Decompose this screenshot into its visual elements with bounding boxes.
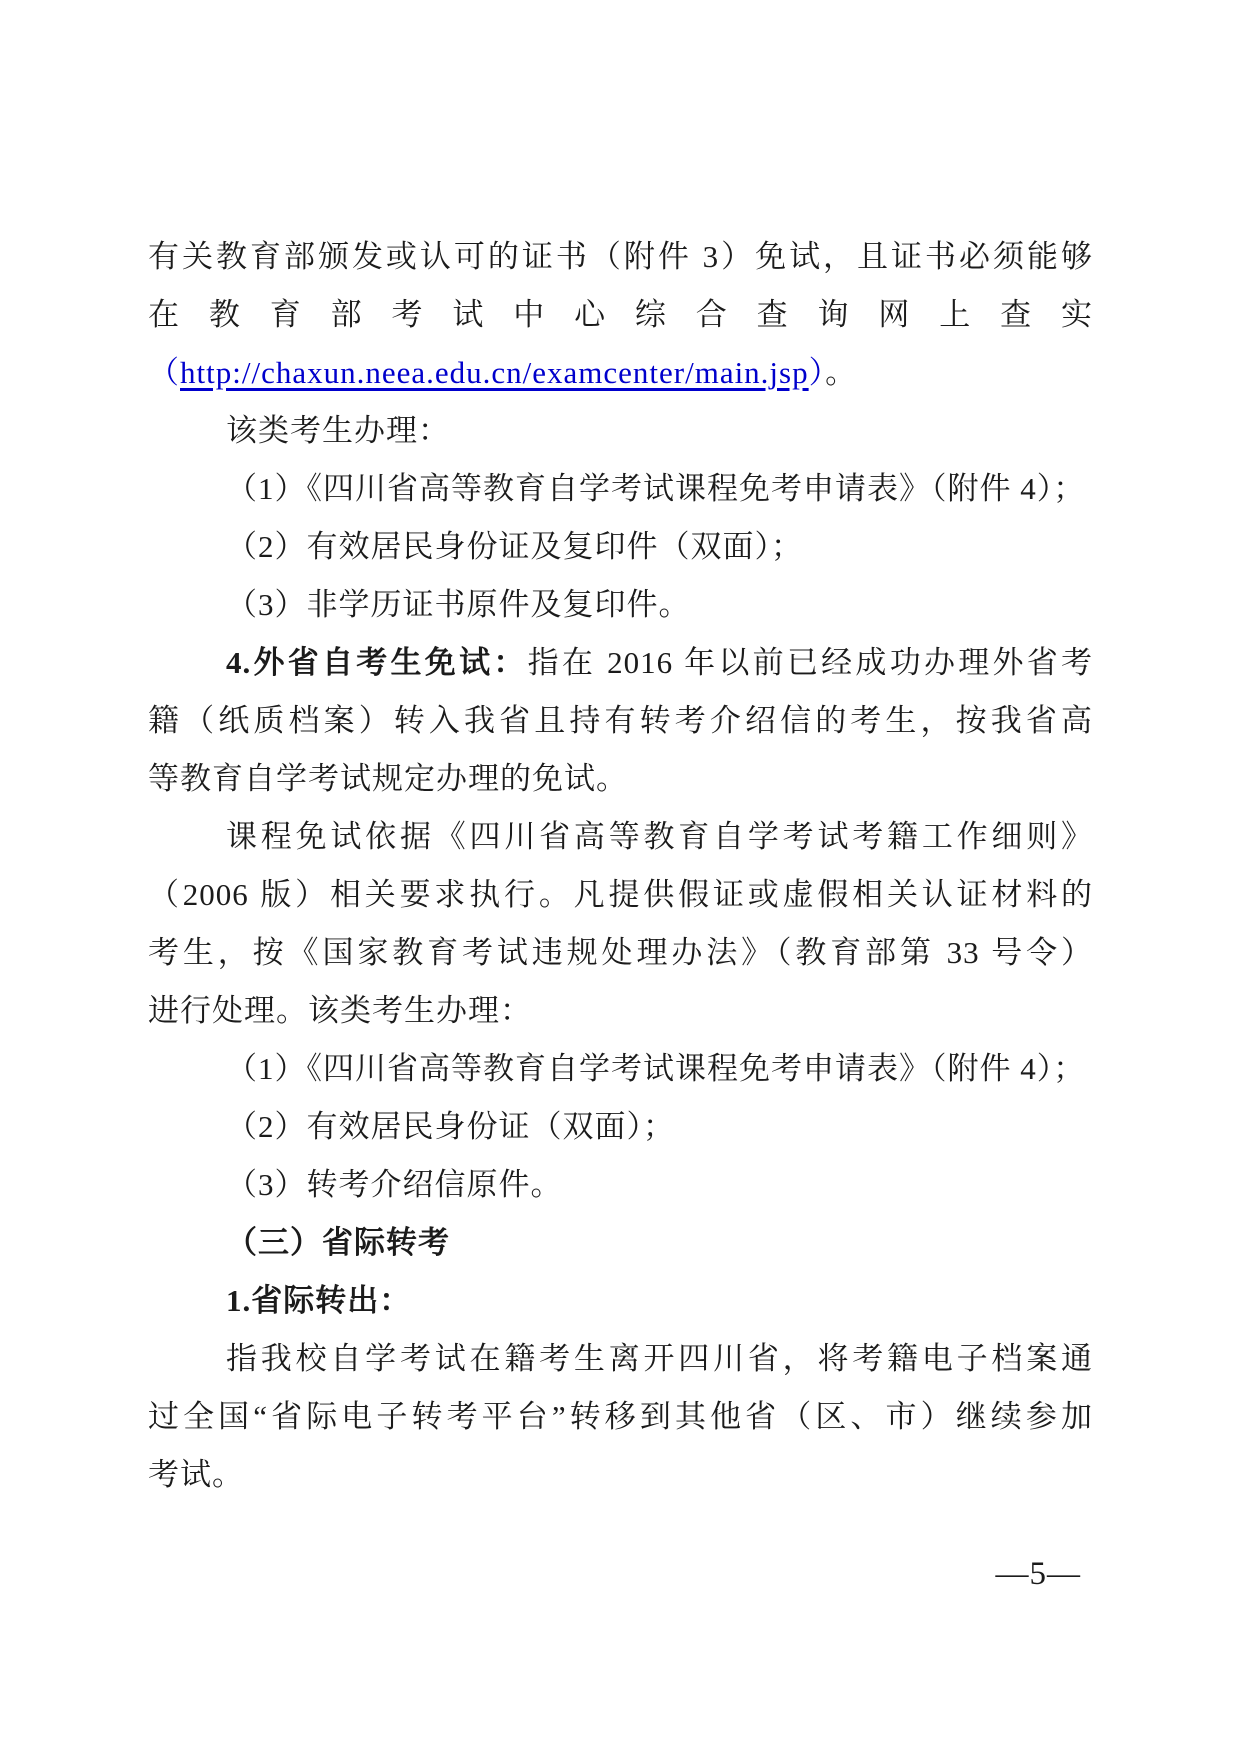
body-text: 课程免试依据《四川省高等教育自学考试考籍工作细则》: [226, 819, 1093, 854]
text-line: 该类考生办理：: [148, 402, 1093, 460]
text-line: （1）《四川省高等教育自学考试课程免考申请表》（附件 4）；: [148, 460, 1093, 518]
text-line: （3）转考介绍信原件。: [148, 1156, 1093, 1214]
document-page: 有关教育部颁发或认可的证书（附件 3）免试，且证书必须能够在教育部考试中心综合查…: [0, 0, 1241, 1754]
document-body: 有关教育部颁发或认可的证书（附件 3）免试，且证书必须能够在教育部考试中心综合查…: [148, 228, 1093, 1504]
text-line: （http://chaxun.neea.edu.cn/examcenter/ma…: [148, 344, 1093, 402]
body-text: 进行处理。该类考生办理：: [148, 993, 532, 1028]
text-line: （三）省际转考: [148, 1214, 1093, 1272]
body-text: 籍（纸质档案）转入我省且持有转考介绍信的考生，按我省高: [148, 703, 1093, 738]
bold-text: 4.外省自考生免试：: [226, 645, 528, 680]
body-text: （2）有效居民身份证（双面）；: [226, 1109, 675, 1144]
body-text: （1）《四川省高等教育自学考试课程免考申请表》（附件 4）；: [226, 1051, 1085, 1086]
body-text: 等教育自学考试规定办理的免试。: [148, 761, 628, 796]
text-line: （2）有效居民身份证（双面）；: [148, 1098, 1093, 1156]
text-line: （2006 版）相关要求执行。凡提供假证或虚假相关认证材料的: [148, 866, 1093, 924]
text-line: 等教育自学考试规定办理的免试。: [148, 750, 1093, 808]
body-text: 考试。: [148, 1457, 244, 1492]
bold-text: （三）省际转考: [226, 1225, 450, 1260]
body-text: 有关教育部颁发或认可的证书（附件 3）免试，且证书必须能够: [148, 239, 1093, 274]
text-line: 考生，按《国家教育考试违规处理办法》（教育部第 33 号令）: [148, 924, 1093, 982]
body-text: 该类考生办理：: [226, 413, 450, 448]
body-text: 过全国“省际电子转考平台”转移到其他省（区、市）继续参加: [148, 1399, 1093, 1434]
text-line: （2）有效居民身份证及复印件（双面）；: [148, 518, 1093, 576]
body-text: 考生，按《国家教育考试违规处理办法》（教育部第 33 号令）: [148, 935, 1093, 970]
text-line: 在教育部考试中心综合查询网上查实: [148, 286, 1093, 344]
body-text: 在教育部考试中心综合查询网上查实: [148, 297, 1093, 332]
text-line: 进行处理。该类考生办理：: [148, 982, 1093, 1040]
text-line: （3）非学历证书原件及复印件。: [148, 576, 1093, 634]
text-line: 4.外省自考生免试：指在 2016 年以前已经成功办理外省考: [148, 634, 1093, 692]
url-link[interactable]: http://chaxun.neea.edu.cn/examcenter/mai…: [180, 355, 809, 390]
body-text: （2006 版）相关要求执行。凡提供假证或虚假相关认证材料的: [148, 877, 1093, 912]
text-line: 考试。: [148, 1446, 1093, 1504]
body-text: 。: [825, 355, 857, 390]
body-text: （2）有效居民身份证及复印件（双面）；: [226, 529, 803, 564]
page-number: —5—: [996, 1556, 1082, 1593]
body-text: 指在 2016 年以前已经成功办理外省考: [528, 645, 1093, 680]
text-line: 过全国“省际电子转考平台”转移到其他省（区、市）继续参加: [148, 1388, 1093, 1446]
bold-text: 1.省际转出：: [226, 1283, 411, 1318]
body-text: （3）转考介绍信原件。: [226, 1167, 563, 1202]
text-line: 籍（纸质档案）转入我省且持有转考介绍信的考生，按我省高: [148, 692, 1093, 750]
body-text: （: [148, 355, 180, 390]
body-text: 指我校自学考试在籍考生离开四川省，将考籍电子档案通: [226, 1341, 1093, 1376]
body-text: ）: [809, 355, 826, 390]
text-line: 课程免试依据《四川省高等教育自学考试考籍工作细则》: [148, 808, 1093, 866]
text-line: 指我校自学考试在籍考生离开四川省，将考籍电子档案通: [148, 1330, 1093, 1388]
body-text: （1）《四川省高等教育自学考试课程免考申请表》（附件 4）；: [226, 471, 1085, 506]
text-line: 1.省际转出：: [148, 1272, 1093, 1330]
body-text: （3）非学历证书原件及复印件。: [226, 587, 691, 622]
text-line: （1）《四川省高等教育自学考试课程免考申请表》（附件 4）；: [148, 1040, 1093, 1098]
text-line: 有关教育部颁发或认可的证书（附件 3）免试，且证书必须能够: [148, 228, 1093, 286]
